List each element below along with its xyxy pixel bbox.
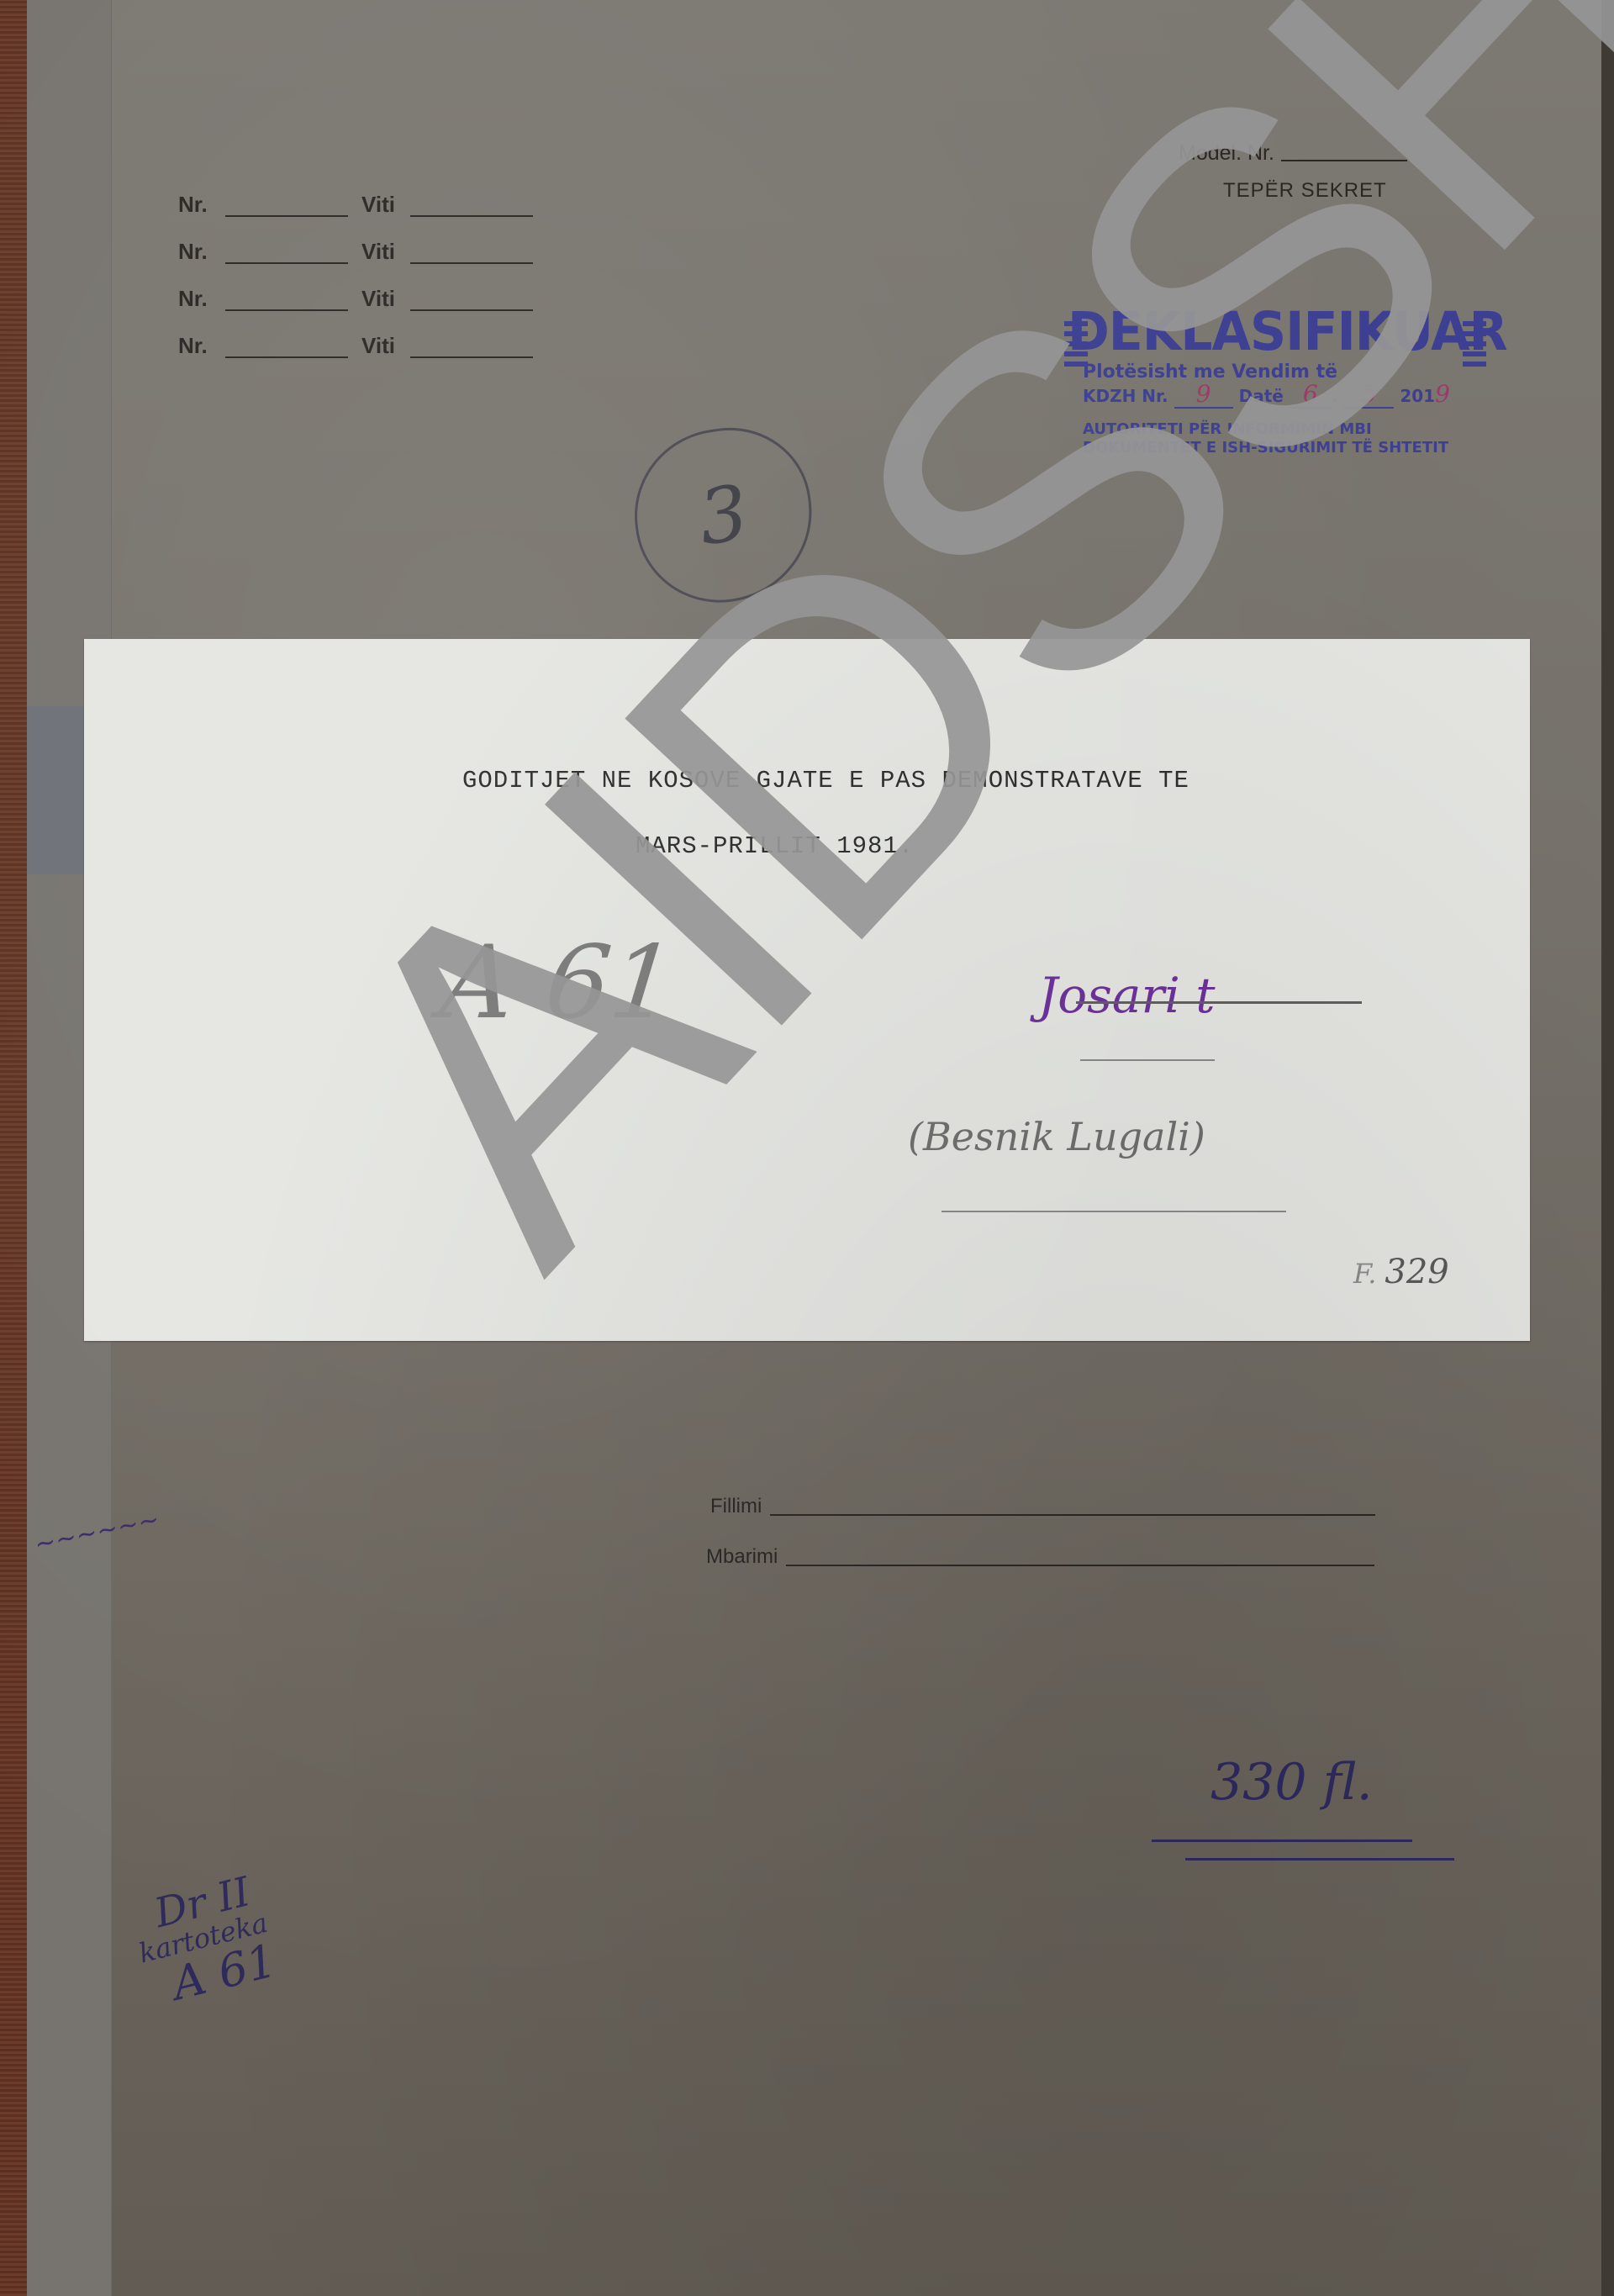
stamp-heading: DEKLASIFIKUAR: [1068, 301, 1479, 363]
date-month: 5: [1361, 380, 1376, 408]
folder-cover: Nr. Viti Nr. Viti Nr. Viti Nr. Viti Mode…: [0, 0, 1601, 2296]
kdzh-number: 9: [1196, 380, 1211, 408]
viti-field-line: [410, 262, 533, 264]
kdzh-label: KDZH Nr.: [1083, 386, 1168, 406]
stamp-authority-line2: DOKUMENTET E ISH-SIGURIMIT TË SHTETIT: [1083, 439, 1479, 457]
declassified-stamp: DEKLASIFIKUAR Plotësisht me Vendim të KD…: [1068, 303, 1479, 457]
viti-field-line: [410, 215, 533, 217]
pencil-note: (Besnik Lugali): [908, 1114, 1205, 1159]
start-date-field: Fillimi: [710, 1495, 1375, 1518]
date-year-suffix: 9: [1435, 380, 1450, 408]
folio-number: F.329: [1353, 1253, 1449, 1291]
fillimi-label: Fillimi: [710, 1495, 762, 1517]
nr-label: Nr.: [178, 333, 208, 359]
nr-label: Nr.: [178, 192, 208, 218]
nr-field-line: [225, 215, 348, 217]
nr-label: Nr.: [178, 286, 208, 312]
classification-label: TEPËR SEKRET: [1223, 179, 1387, 203]
folio-prefix: F.: [1353, 1258, 1376, 1290]
pencil-code: A 61: [435, 925, 681, 1042]
mbarimi-line: [786, 1565, 1374, 1566]
sheet-count-underline: [1185, 1858, 1454, 1861]
handwritten-purple-note: Josari t: [1038, 967, 1216, 1024]
volume-number: 3: [694, 468, 753, 562]
circled-volume-number: 3: [624, 417, 824, 613]
title-line-1: GODITJET NE KOSOVE GJATE E PAS DEMONSTRA…: [462, 767, 1387, 794]
sheet-count: 330 fl.: [1210, 1753, 1373, 1812]
viti-label: Viti: [361, 192, 395, 218]
viti-label: Viti: [361, 239, 395, 265]
cloth-spine: [0, 0, 27, 2296]
stamp-subheading: Plotësisht me Vendim të: [1083, 362, 1479, 383]
pencil-underline: [1080, 1059, 1215, 1061]
nr-field-line: [225, 309, 348, 311]
viti-field-line: [410, 356, 533, 358]
mbarimi-label: Mbarimi: [706, 1545, 778, 1568]
date-label: Datë: [1239, 386, 1284, 406]
stamp-kdzh-line: KDZH Nr. 9 Datë 6. 5 2019: [1083, 383, 1479, 409]
nr-field-line: [225, 356, 348, 358]
nr-field-line: [225, 262, 348, 264]
sheet-count-underline: [1152, 1839, 1412, 1842]
pasted-title-label: GODITJET NE KOSOVE GJATE E PAS DEMONSTRA…: [84, 639, 1530, 1341]
title-line-2: MARS-PRILLIT 1981.: [636, 832, 914, 860]
model-number: Model. Nr.: [1179, 141, 1407, 166]
fillimi-line: [770, 1514, 1375, 1516]
strikethrough-line: [1076, 1001, 1362, 1004]
end-date-field: Mbarimi: [706, 1545, 1374, 1569]
viti-label: Viti: [361, 333, 395, 359]
stamp-authority-line1: AUTORITETI PËR INFORMIMIN MBI: [1083, 420, 1479, 439]
nr-label: Nr.: [178, 239, 208, 265]
date-year-prefix: 201: [1400, 386, 1435, 406]
bottom-handwritten-note: Dr II kartoteka A 61: [126, 1868, 282, 2014]
viti-field-line: [410, 309, 533, 311]
pencil-underline: [941, 1211, 1286, 1212]
viti-label: Viti: [361, 286, 395, 312]
model-label: Model. Nr.: [1179, 141, 1274, 165]
folio-value: 329: [1385, 1253, 1448, 1291]
date-day: 6: [1303, 380, 1318, 408]
model-field-line: [1281, 160, 1407, 161]
